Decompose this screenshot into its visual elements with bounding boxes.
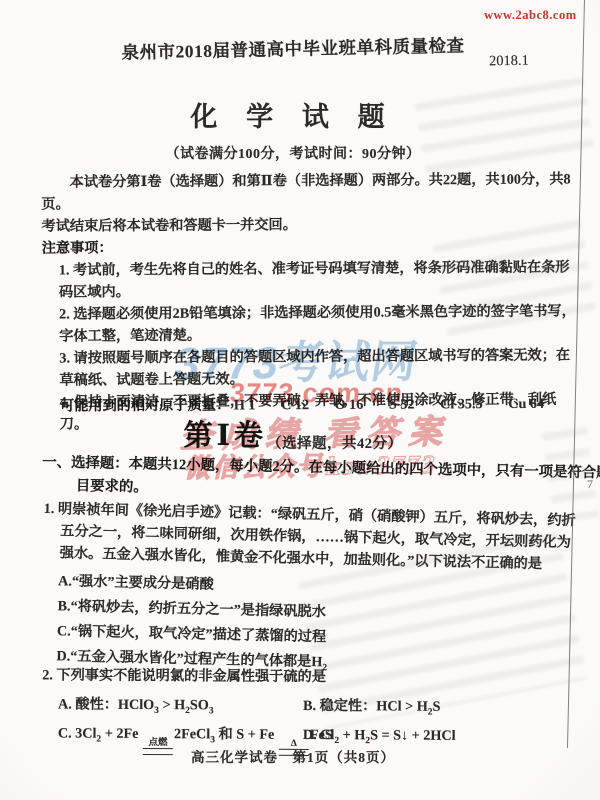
source-site-url: www.2abc8.com (484, 8, 577, 23)
atomic-mass-value: Cl 35.5 (440, 396, 483, 413)
atomic-mass-label: 可能用到的相对原子质量： (60, 397, 230, 414)
bleedthrough-smudge (542, 427, 599, 522)
exam-date: 2018.1 (489, 53, 529, 71)
question-2-option-a: A. 酸性：HClO3 > H2SO3 (58, 692, 303, 717)
atomic-mass-value: Cu 64 (508, 396, 544, 413)
note-item-3: 3. 请按照题号顺序在各题目的答题区域内作答，超出答题区域书写的答案无效；在草稿… (59, 344, 578, 391)
atomic-mass-value: H 1 (234, 397, 256, 414)
atomic-mass-line: 可能用到的相对原子质量： H 1 C 12 O 16 S 32 Cl 35.5 … (60, 393, 580, 416)
section-1-title: 第Ⅰ卷 (183, 420, 267, 452)
page-footer: 高三化学试卷 第1页（共8页） (0, 746, 586, 766)
atomic-mass-value: S 32 (389, 397, 415, 414)
bleedthrough-smudge (415, 77, 595, 183)
atomic-mass-value: C 12 (281, 397, 309, 414)
section-1-note: （选择题，共42分） (267, 436, 403, 452)
section-1-heading: 第Ⅰ卷（选择题，共42分） (0, 413, 586, 454)
intro-line-1: 本试卷分第Ⅰ卷（选择题）和第Ⅱ卷（非选择题）两部分。共22题，共100分，共8页… (41, 168, 578, 215)
scanned-exam-page: www.2abc8.com 泉州市2018届普通高中毕业班单科质量检查 2018… (0, 0, 600, 800)
atomic-mass-value: O 16 (335, 397, 364, 414)
